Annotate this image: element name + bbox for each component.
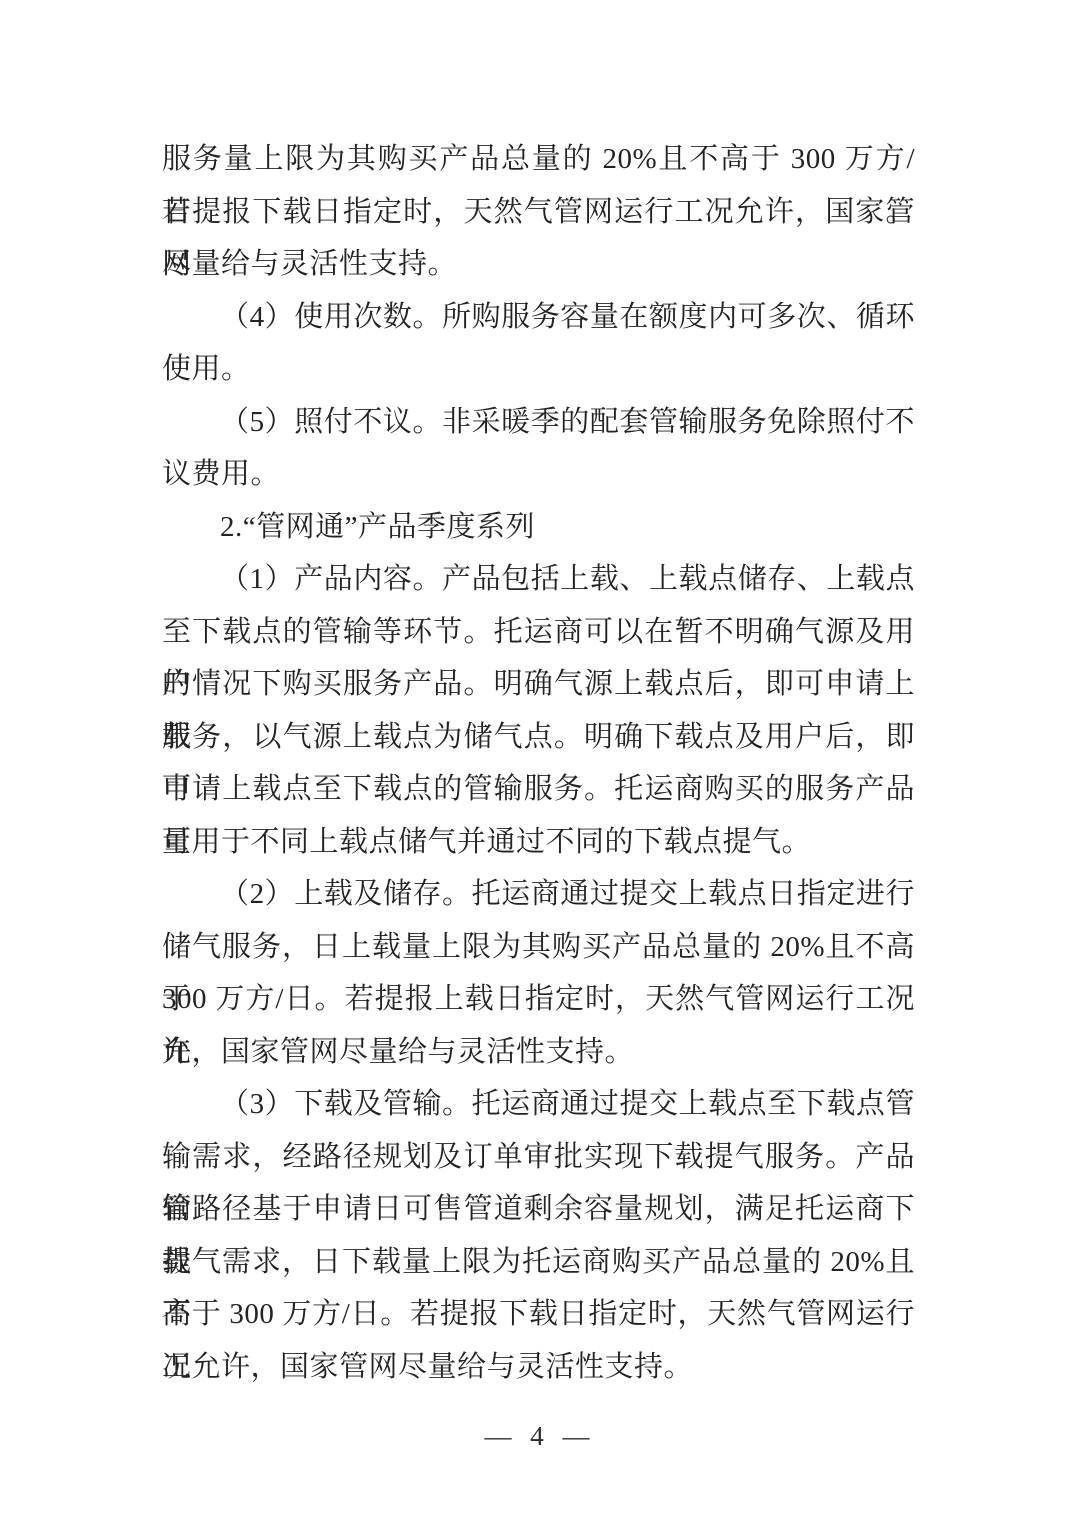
text-line: 若提报下载日指定时，天然气管网运行工况允许，国家管网: [162, 186, 915, 239]
text-line: 的情况下购买服务产品。明确气源上载点后，即可申请上载: [162, 658, 915, 711]
text-line: 提气需求，日下载量上限为托运商购买产品总量的 20%且不: [162, 1236, 915, 1289]
page-number: — 4 —: [0, 1416, 1080, 1456]
text-line: （3）下载及管输。托运商通过提交上载点至下载点管: [162, 1078, 915, 1131]
text-line: 至下载点的管输等环节。托运商可以在暂不明确气源及用户: [162, 606, 915, 659]
text-line: 2.“管网通”产品季度系列: [162, 501, 915, 554]
text-line: （4）使用次数。所购服务容量在额度内可多次、循环: [162, 291, 915, 344]
text-line: 储气服务，日上载量上限为其购买产品总量的 20%且不高于: [162, 921, 915, 974]
text-line: 申请上载点至下载点的管输服务。托运商购买的服务产品量: [162, 763, 915, 816]
text-line: 服务，以气源上载点为储气点。明确下载点及用户后，即可: [162, 711, 915, 764]
document-page: 服务量上限为其购买产品总量的 20%且不高于 300 万方/日。若提报下载日指定…: [0, 0, 1080, 1527]
text-line: 服务量上限为其购买产品总量的 20%且不高于 300 万方/日。: [162, 133, 915, 186]
text-line: 使用。: [162, 343, 915, 396]
document-body: 服务量上限为其购买产品总量的 20%且不高于 300 万方/日。若提报下载日指定…: [162, 133, 915, 1393]
text-line: 许，国家管网尽量给与灵活性支持。: [162, 1026, 915, 1079]
text-line: （2）上载及储存。托运商通过提交上载点日指定进行: [162, 868, 915, 921]
text-line: 高于 300 万方/日。若提报下载日指定时，天然气管网运行工: [162, 1288, 915, 1341]
text-line: 输需求，经路径规划及订单审批实现下载提气服务。产品管: [162, 1131, 915, 1184]
text-line: 尽量给与灵活性支持。: [162, 238, 915, 291]
text-line: 300 万方/日。若提报上载日指定时，天然气管网运行工况允: [162, 973, 915, 1026]
text-line: （1）产品内容。产品包括上载、上载点储存、上载点: [162, 553, 915, 606]
text-line: （5）照付不议。非采暖季的配套管输服务免除照付不: [162, 396, 915, 449]
text-line: 可用于不同上载点储气并通过不同的下载点提气。: [162, 816, 915, 869]
text-line: 输路径基于申请日可售管道剩余容量规划，满足托运商下载: [162, 1183, 915, 1236]
text-line: 议费用。: [162, 448, 915, 501]
text-line: 况允许，国家管网尽量给与灵活性支持。: [162, 1341, 915, 1394]
